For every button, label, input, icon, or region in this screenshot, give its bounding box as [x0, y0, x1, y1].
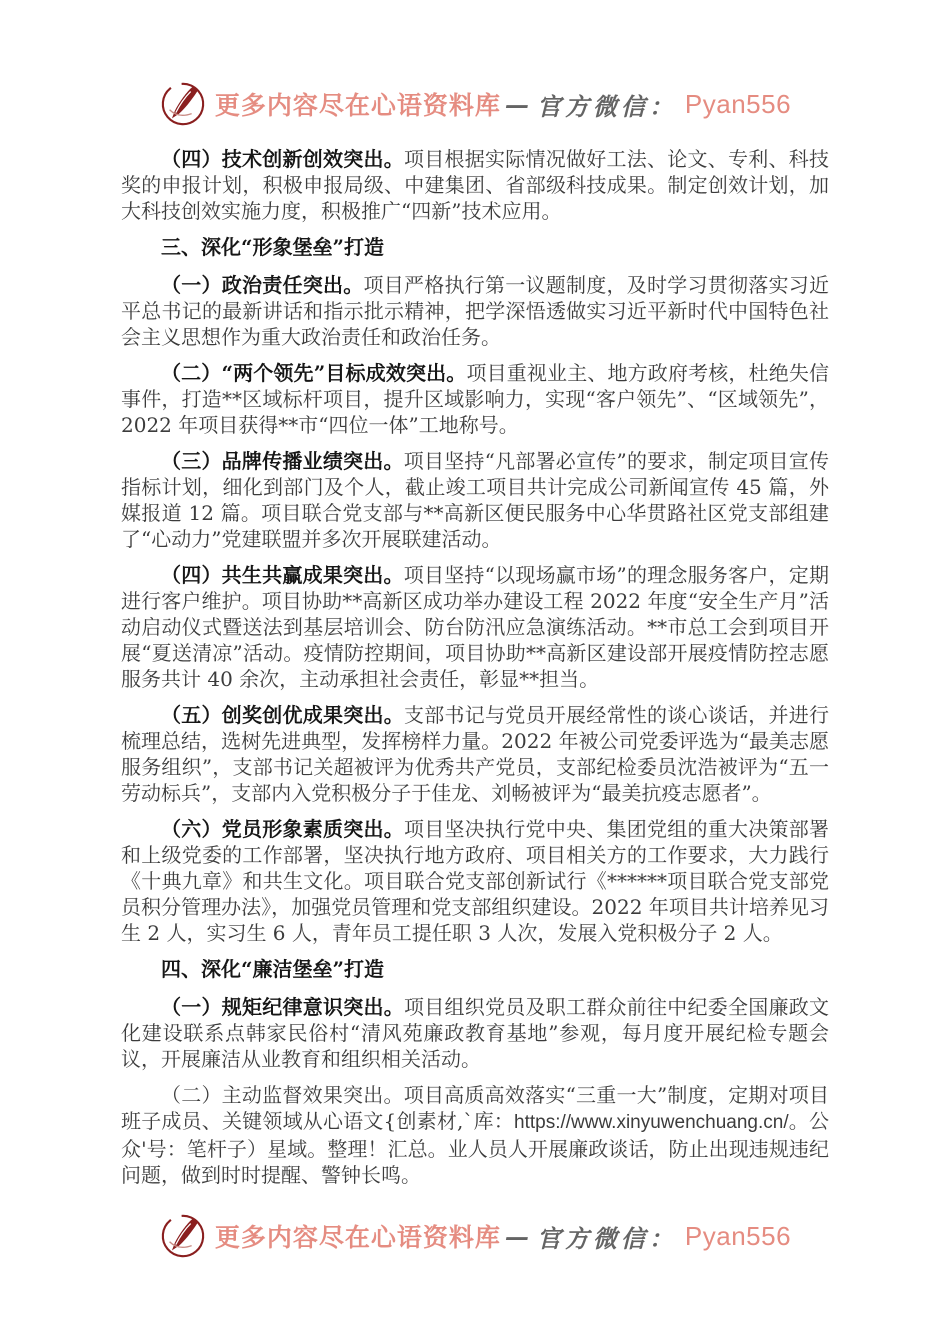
pen-in-circle-icon: [159, 1212, 207, 1260]
header-brand-band: 更多内容尽在心语资料库—官方微信：Pyan556: [121, 78, 829, 130]
brand-dash: —: [505, 90, 529, 119]
url-text: https://www.xinyuwenchuang.cn/: [514, 1112, 789, 1133]
paragraph-lead: （一）政治责任突出。: [161, 273, 364, 297]
document-page: 更多内容尽在心语资料库—官方微信：Pyan556 （四）技术创新创效突出。项目根…: [0, 0, 950, 1344]
brand-text: 更多内容尽在心语资料库: [215, 86, 501, 122]
wechat-account-id: Pyan556: [685, 89, 791, 120]
paragraph: （二）主动监督效果突出。项目高质高效落实“三重一大”制度，定期对项目班子成员、关…: [121, 1082, 829, 1188]
paragraph: （一）政治责任突出。项目严格执行第一议题制度，及时学习贯彻落实习近平总书记的最新…: [121, 272, 829, 350]
paragraph-lead: （五）创奖创优成果突出。: [161, 703, 404, 727]
paragraph: （四）技术创新创效突出。项目根据实际情况做好工法、论文、专利、科技奖的申报计划，…: [121, 146, 829, 224]
paragraph-lead: （一）规矩纪律意识突出。: [161, 995, 404, 1019]
wechat-account-id: Pyan556: [685, 1221, 791, 1252]
paragraph: （五）创奖创优成果突出。支部书记与党员开展经常性的谈心谈话，并进行梳理总结，选树…: [121, 702, 829, 806]
document-body: （四）技术创新创效突出。项目根据实际情况做好工法、论文、专利、科技奖的申报计划，…: [121, 146, 829, 1188]
paragraph-lead: （三）品牌传播业绩突出。: [161, 449, 404, 473]
brand-text: 更多内容尽在心语资料库: [215, 1218, 501, 1254]
brand-dash: —: [505, 1222, 529, 1251]
wechat-label: 官方微信：: [537, 87, 677, 122]
paragraph: （二）“两个领先”目标成效突出。项目重视业主、地方政府考核，杜绝失信事件，打造*…: [121, 360, 829, 438]
paragraph: （六）党员形象素质突出。项目坚决执行党中央、集团党组的重大决策部署和上级党委的工…: [121, 816, 829, 946]
pen-in-circle-icon: [159, 80, 207, 128]
section-heading: 四、深化“廉洁堡垒”打造: [121, 956, 829, 982]
paragraph: （三）品牌传播业绩突出。项目坚持“凡部署必宣传”的要求，制定项目宣传指标计划，细…: [121, 448, 829, 552]
paragraph-lead: （四）共生共赢成果突出。: [161, 563, 404, 587]
paragraph: （四）共生共赢成果突出。项目坚持“以现场赢市场”的理念服务客户，定期进行客户维护…: [121, 562, 829, 692]
wechat-label: 官方微信：: [537, 1219, 677, 1254]
footer-brand-band: 更多内容尽在心语资料库—官方微信：Pyan556: [121, 1210, 829, 1262]
section-heading: 三、深化“形象堡垒”打造: [121, 234, 829, 260]
paragraph-lead: （二）“两个领先”目标成效突出。: [161, 361, 466, 385]
paragraph: （一）规矩纪律意识突出。项目组织党员及职工群众前往中纪委全国廉政文化建设联系点韩…: [121, 994, 829, 1072]
paragraph-lead: （六）党员形象素质突出。: [161, 817, 404, 841]
paragraph-lead: （四）技术创新创效突出。: [161, 147, 404, 171]
